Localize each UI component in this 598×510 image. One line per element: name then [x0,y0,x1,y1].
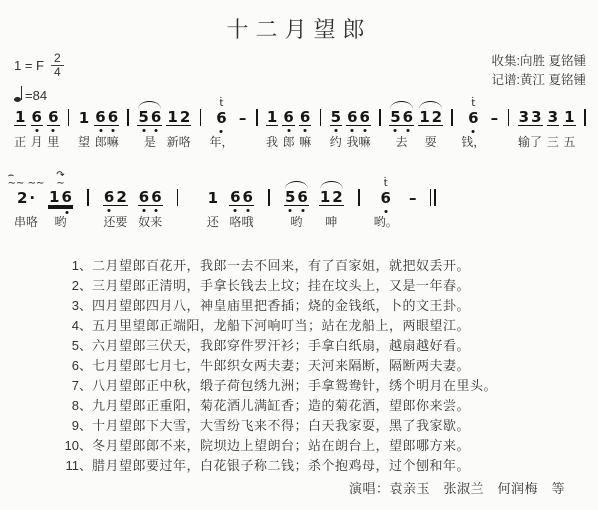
verse-text: 六月望郎三伏天，我郎穿件罗汗衫；手拿白纸扇，越扇越好看。 [92,336,470,356]
lyric-text: 去 [396,135,408,149]
note-column: 12新咯 [166,90,191,149]
barline-stroke [584,109,586,126]
barline-stroke [177,189,179,206]
note-column: 66我嘛 [346,90,371,149]
verse-text: 四月望郎四月八，神皇庙里把香插；烧的金钱纸，卜的文王卦。 [92,296,470,316]
note-char: 6 [242,189,254,205]
note-column: 56是 [137,90,162,149]
note-column: 1我 [266,90,278,149]
note-digits: 66 [346,109,371,126]
barline-stroke [508,109,510,126]
barline [195,90,205,149]
lyric-text: 呻 [325,215,337,229]
note-char: 1 [418,109,430,125]
note-column: 1五 [563,90,575,149]
note-column: 12呻 [319,170,344,229]
verse-number: 7、 [58,376,92,396]
note-column: – [238,90,248,149]
credits-block: 收集:向胜 夏铭锺 记谱:黄江 夏铭锺 [492,52,586,90]
verse-text: 九月望郎正重阳，菊花酒儿满缸香；造的菊花酒，望郎你来尝。 [92,396,470,416]
verse-number: 9、 [58,416,92,436]
note-char: 1 [563,109,575,125]
key-tonic: 1 = F [14,58,44,73]
lyric-text: 还要 [103,215,127,229]
lyric-text: 郎嘛 [95,135,119,149]
note-char: 6 [150,109,162,125]
note-char: 1 [319,189,331,205]
barline [580,90,590,149]
verse-line: 9、十月望郎下大雪，大雪纷飞来不得；白天我家耍，黑了我家歇。 [58,416,497,436]
barline-stroke [451,109,453,126]
lyric-text: 奴来 [138,215,162,229]
barline-stroke [200,109,202,126]
note-char: 6 [402,109,414,125]
barline-stroke [268,189,270,206]
verse-text: 冬月望郎郎不来，院坝边上望朗台；站在朗台上，望郎哪方来。 [92,436,470,456]
note-column: 6月 [31,90,43,149]
lyric-text: 耍 [425,135,437,149]
note-char: 6 [150,189,162,205]
note-digits: 56 [389,109,414,126]
song-title: 十二月望郎 [0,13,598,44]
note-digits: 6 [215,110,227,126]
lyric-text: 还 [207,215,219,229]
ornament-icon: ↷ ∼ [56,172,64,188]
note-digits: 16 [48,189,73,206]
meter-denominator: 4 [51,66,64,79]
barline [315,90,325,149]
barline-stroke [430,189,432,206]
note-char: 6 [103,189,115,205]
verse-number: 1、 [58,256,92,276]
verse-number: 3、 [58,296,92,316]
note-digits: 6 [299,109,311,126]
note-digits: 1 [266,109,278,126]
note-column: 3三 [547,90,559,149]
note-char: 6 [94,109,106,125]
note-digits: 33 [518,109,543,126]
barline [83,170,93,229]
note-char: · [28,190,36,206]
note-digits: 66 [94,109,119,126]
note-char: 5 [137,109,149,125]
music-line-1: 1正6月6里1望66郎嘛56是12新咯ṫ6年，–1我6郎6嘛5约66我嘛56去1… [14,90,590,149]
verse-list: 1、二月望郎百花开，我郎一去不回来，有了百家姐，就把奴丢开。2、三月望郎正清明，… [58,256,497,476]
note-digits: 2· [16,190,36,206]
lyric-text: 郎 [283,135,295,149]
note-column: – [489,90,499,149]
note-char: 5 [330,109,342,125]
note-digits: 6 [31,109,43,126]
note-digits: – [238,110,248,126]
note-char: 2 [179,109,191,125]
note-char: 6 [47,109,59,125]
verse-number: 11、 [58,456,92,476]
note-column: 12耍 [418,90,443,149]
note-char: 1 [78,110,90,126]
lyric-text: 正 [14,135,26,149]
barline [252,90,262,149]
note-digits: 1 [14,109,26,126]
lyric-text: 是 [144,135,156,149]
barline-stroke [434,189,436,206]
barline [173,170,183,229]
verse-line: 8、九月望郎正重阳，菊花酒儿满缸香；造的菊花酒，望郎你来尝。 [58,396,497,416]
lyric-text: 年， [209,135,233,149]
note-char: 1 [48,189,60,205]
verse-line: 6、七月望郎七月七，牛郎织女两夫妻；天河来隔断，隔断两夫妻。 [58,356,497,376]
verse-text: 二月望郎百花开，我郎一去不回来，有了百家姐，就把奴丢开。 [92,256,470,276]
note-digits: 62 [103,189,128,206]
barline [504,90,514,149]
lyric-text: 我嘛 [347,135,371,149]
ornament-icon: ṫ [471,100,475,108]
barline-stroke [127,109,129,126]
barline-stroke [358,189,360,206]
note-char: 6 [379,190,391,206]
barline [123,90,133,149]
verse-line: 11、腊月望郎要过年，白花银子称二钱；杀个抱鸡母，过个刨和年。 [58,456,497,476]
lyric-text: 三 [547,135,559,149]
verse-text: 五月里望郎正端阳，龙船下河响叮当；站在龙船上，两眼望江。 [92,316,470,336]
note-char: – [408,190,418,206]
time-signature: 2 4 [51,52,64,79]
note-column: 6里 [47,90,59,149]
note-char: – [238,110,248,126]
note-column: 6嘛 [299,90,311,149]
verse-number: 6、 [58,356,92,376]
lyric-text: 我 [266,135,278,149]
note-digits: 6 [379,190,391,206]
lyric-text: 新咯 [167,135,191,149]
note-char: 6 [282,109,294,125]
lyric-text: 哟 [54,215,66,229]
lyric-text: 嘛 [299,135,311,149]
meter-numerator: 2 [51,52,64,66]
note-char: 1 [166,109,178,125]
note-digits: – [490,110,500,126]
note-column: 56去 [389,90,414,149]
verse-text: 三月望郎正清明，手拿长钱去上坟；挂在坟头上，又是一年春。 [92,276,470,296]
note-digits: 66 [138,189,163,206]
barline-stroke [320,109,322,126]
note-column: 1正 [14,90,26,149]
note-char: 6 [138,189,150,205]
barline [64,90,74,149]
barline [375,90,385,149]
note-column: 6郎 [282,90,294,149]
verse-line: 10、冬月望郎郎不来，院坝边上望朗台；站在朗台上，望郎哪方来。 [58,436,497,456]
note-digits: 3 [547,109,559,126]
lyric-text: 五 [563,135,575,149]
note-column: 33输了 [518,90,543,149]
verse-line: 3、四月望郎四月八，神皇庙里把香插；烧的金钱纸，卜的文王卦。 [58,296,497,316]
music-line-2: ⌢ ∼∼ ∼∼2·串咯↷ ∼16哟62还要66奴来1还66咯哦56哟12呻ṫ6哟… [14,170,438,229]
note-char: 6 [467,110,479,126]
barline [447,90,457,149]
note-char: 2 [16,190,28,206]
barline-stroke [379,109,381,126]
note-digits: 12 [166,109,191,126]
lyric-text: 约 [330,135,342,149]
note-digits: 12 [418,109,443,126]
barline-stroke [68,109,70,126]
verse-line: 4、五月里望郎正端阳，龙船下河响叮当；站在龙船上，两眼望江。 [58,316,497,336]
note-digits: 1 [207,190,219,206]
note-char: 6 [31,109,43,125]
verse-text: 腊月望郎要过年，白花银子称二钱；杀个抱鸡母，过个刨和年。 [92,456,470,476]
note-char: 6 [60,189,72,205]
note-char: 3 [530,109,542,125]
lyric-text: 哟 [290,215,302,229]
verse-number: 8、 [58,396,92,416]
lyric-text: 输了 [518,135,542,149]
note-column: 1望 [78,90,90,149]
note-char: 6 [299,109,311,125]
note-column: ↷ ∼16哟 [48,170,73,229]
barline [264,170,274,229]
verse-number: 4、 [58,316,92,336]
verse-text: 十月望郎下大雪，大雪纷飞来不得；白天我家耍，黑了我家歇。 [92,416,470,436]
note-column: 66郎嘛 [94,90,119,149]
verse-number: 2、 [58,276,92,296]
note-digits: 12 [319,189,344,206]
note-digits: 56 [137,109,162,126]
note-char: 1 [14,109,26,125]
final-barline [428,170,438,229]
note-digits: 1 [78,110,90,126]
verse-number: 10、 [58,436,92,456]
note-digits: 6 [467,110,479,126]
verse-text: 八月望郎正中秋，缎子荷包绣九洲；手拿鸳鸯针，绣个明月在里头。 [92,376,497,396]
note-digits: 56 [284,189,309,206]
note-char: 6 [229,189,241,205]
verse-line: 7、八月望郎正中秋，缎子荷包绣九洲；手拿鸳鸯针，绣个明月在里头。 [58,376,497,396]
note-digits: 66 [229,189,254,206]
barline-stroke [256,109,258,126]
note-char: 3 [547,109,559,125]
barline-stroke [87,189,89,206]
verse-number: 5、 [58,336,92,356]
lyric-text: 钱， [461,135,485,149]
note-column: 66咯哦 [229,170,254,229]
note-char: 6 [359,109,371,125]
performers-line: 演唱：袁亲玉 张淑兰 何润梅 等 [349,478,565,497]
note-char: 6 [346,109,358,125]
verse-line: 2、三月望郎正清明，手拿长钱去上坟；挂在坟头上，又是一年春。 [58,276,497,296]
note-column: 62还要 [103,170,128,229]
verse-line: 5、六月望郎三伏天，我郎穿件罗汗衫；手拿白纸扇，越扇越好看。 [58,336,497,356]
lyric-text: 串咯 [14,215,38,229]
note-digits: 6 [282,109,294,126]
note-char: 1 [207,190,219,206]
note-column: ṫ6钱， [461,90,485,149]
note-column: ⌢ ∼∼ ∼∼2·串咯 [14,170,38,229]
note-digits: 1 [563,109,575,126]
lyric-text: 望 [78,135,90,149]
note-char: 5 [284,189,296,205]
note-digits: – [408,190,418,206]
note-column: 56哟 [284,170,309,229]
note-digits: 5 [330,109,342,126]
credit-collect: 收集:向胜 夏铭锺 [492,52,586,71]
music-sheet-page: 十二月望郎 1 = F 2 4 =84 收集:向胜 夏铭锺 记谱:黄江 夏铭锺 … [0,0,598,510]
note-char: 1 [266,109,278,125]
note-char: – [490,110,500,126]
note-char: 6 [107,109,119,125]
note-char: 2 [331,189,343,205]
note-column: ṫ6年， [209,90,233,149]
verse-text: 七月望郎七月七，牛郎织女两夫妻；天河来隔断，隔断两夫妻。 [92,356,470,376]
note-column: ṫ6哟。 [374,170,398,229]
verse-line: 1、二月望郎百花开，我郎一去不回来，有了百家姐，就把奴丢开。 [58,256,497,276]
lyric-text: 月 [31,135,43,149]
note-digits: 6 [47,109,59,126]
note-char: 6 [296,189,308,205]
ornament-icon: ⌢ ∼∼ ∼∼ [8,172,45,188]
ornament-icon: ṫ [384,180,388,188]
barline [354,170,364,229]
note-char: 2 [115,189,127,205]
note-char: 2 [431,109,443,125]
note-char: 6 [215,110,227,126]
lyric-text: 哟。 [374,215,398,229]
credit-notate: 记谱:黄江 夏铭锺 [492,71,586,90]
note-char: 3 [518,109,530,125]
lyric-text: 咯哦 [230,215,254,229]
ornament-icon: ṫ [220,100,224,108]
note-column: 5约 [330,90,342,149]
note-column: 1还 [207,170,219,229]
note-column: – [408,170,418,229]
note-char: 5 [389,109,401,125]
note-column: 66奴来 [138,170,163,229]
lyric-text: 里 [47,135,59,149]
